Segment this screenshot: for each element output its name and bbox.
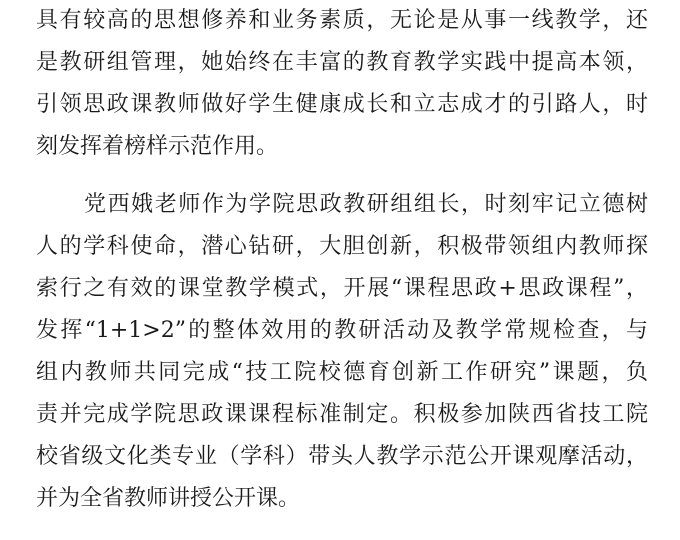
paragraph-2-line-6: 责并完成学院思政课课程标准制定。积极参加陕西省技工院 [36,400,648,430]
paragraph-1-line-1: 具有较高的思想修养和业务素质，无论是从事一线教学，还 [36,6,648,36]
paragraph-2-line-7: 校省级文化类专业（学科）带头人教学示范公开课观摩活动， [36,442,648,472]
paragraph-2-line-4: 发挥“1+1>2”的整体效用的教研活动及教学常规检查，与 [36,316,648,346]
paragraph-1-line-4: 刻发挥着榜样示范作用。 [36,132,648,162]
paragraph-2-line-1: 党西娥老师作为学院思政教研组组长，时刻牢记立德树 [84,190,648,220]
paragraph-2-line-8: 并为全省教师讲授公开课。 [36,484,648,514]
paragraph-2-line-3: 索行之有效的课堂教学模式，开展“课程思政+思政课程”， [36,274,648,304]
paragraph-2-line-5: 组内教师共同完成“技工院校德育创新工作研究”课题，负 [36,358,648,388]
document-page: 具有较高的思想修养和业务素质，无论是从事一线教学，还 是教研组管理，她始终在丰富… [0,0,680,540]
paragraph-1-line-2: 是教研组管理，她始终在丰富的教育教学实践中提高本领， [36,48,648,78]
paragraph-1-line-3: 引领思政课教师做好学生健康成长和立志成才的引路人，时 [36,90,648,120]
paragraph-2-line-2: 人的学科使命，潜心钻研，大胆创新，积极带领组内教师探 [36,232,648,262]
